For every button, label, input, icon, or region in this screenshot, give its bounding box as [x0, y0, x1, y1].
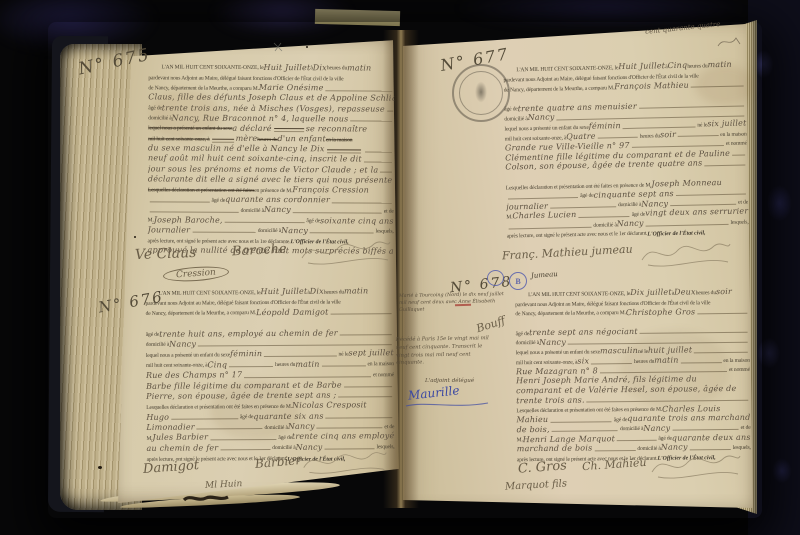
text-segment: Nancy: [264, 206, 291, 215]
text-segment: Deux: [674, 289, 696, 298]
birth-record-678: L'AN MIL HUIT CENT SOIXANTE-ONZE, le Dix…: [515, 287, 751, 464]
rule-fill: [732, 154, 745, 155]
text-segment: Nancy: [643, 425, 670, 434]
rule-fill: [552, 430, 618, 432]
officer-signature-flourish: [300, 447, 390, 477]
rule-fill: [171, 418, 238, 419]
death-margin-note: Décédé à Paris 15e le vingt mai mil neuf…: [396, 335, 497, 368]
birth-record-676: L'AN MIL HUIT CENT SOIXANTE-ONZE, le Hui…: [145, 285, 394, 463]
rule-fill: [331, 313, 392, 314]
rule-fill: [244, 376, 371, 378]
rule-fill: [220, 449, 270, 450]
birth-record-677: L'AN MIL HUIT CENT SOIXANTE-ONZE, le Hui…: [503, 59, 749, 240]
text-segment: soir: [660, 131, 676, 140]
rule-fill: [327, 147, 361, 153]
text-segment: matin: [344, 287, 368, 296]
rule-fill: [594, 450, 635, 451]
text-segment: Hugo: [146, 413, 169, 422]
rule-fill: [672, 429, 738, 431]
rule-fill: [591, 363, 632, 364]
rule-fill: [310, 232, 374, 233]
text-segment: six: [577, 358, 589, 367]
text-segment: Joseph Baroche,: [154, 216, 223, 225]
signature: Baroche: [232, 242, 287, 260]
rule-fill: [326, 90, 393, 91]
rule-fill: [317, 428, 383, 429]
text-segment: d'un enfant: [278, 135, 326, 144]
ink-speck: [98, 466, 102, 469]
text-segment: Marie Onésime: [259, 84, 324, 93]
text-segment: se reconnaître: [306, 125, 367, 134]
text-segment: Cinq: [207, 361, 227, 370]
rule-fill: [676, 194, 746, 196]
text-segment: Dix: [313, 64, 327, 72]
rule-fill: [322, 365, 366, 366]
rule-fill: [598, 137, 638, 139]
rule-fill: [640, 332, 748, 334]
official-title-note: L'adjoint délégué: [425, 377, 495, 385]
rule-fill: [380, 172, 392, 173]
text-segment: matin: [654, 357, 678, 366]
rule-fill: [508, 197, 578, 199]
rule-fill: [229, 366, 273, 367]
text-segment: sept juillet: [348, 349, 393, 358]
text-segment: Limonadier: [146, 424, 194, 433]
rule-fill: [670, 204, 736, 206]
rule-fill: [210, 439, 276, 440]
ink-speck: [306, 46, 308, 48]
text-segment: Huit Juillet: [260, 288, 307, 297]
rule-fill: [704, 164, 745, 166]
rule-fill: [192, 232, 256, 233]
rule-fill: [150, 211, 239, 212]
text-segment: Dix: [310, 288, 324, 296]
rule-fill: [340, 334, 392, 335]
text-segment: L'Officier de l'État civil,: [647, 231, 705, 238]
ink-speck: [134, 236, 136, 238]
rule-fill: [365, 151, 392, 152]
rule-fill: [617, 440, 656, 441]
rule-fill: [550, 421, 612, 423]
rule-fill: [225, 222, 305, 223]
text-segment: Mahieu: [516, 416, 548, 425]
rule-fill: [550, 206, 616, 208]
rule-fill: [264, 355, 336, 357]
rule-fill: [678, 135, 718, 137]
rule-fill: [332, 202, 392, 203]
rule-fill: [326, 417, 393, 418]
text-segment: matin: [347, 64, 371, 73]
rule-fill: [293, 212, 382, 213]
rule-fill: [344, 386, 392, 387]
officer-signature-flourish: [650, 450, 742, 482]
rule-fill: [197, 429, 263, 430]
rule-fill: [150, 201, 210, 202]
text-segment: mère: [236, 135, 258, 144]
rule-fill: [691, 86, 744, 88]
round-official-stamp: [452, 64, 510, 122]
officer-signature-flourish: [640, 238, 732, 270]
rule-fill: [694, 352, 748, 354]
birth-record-675: L'AN MIL HUIT CENT SOIXANTE-ONZE, le Hui…: [147, 61, 394, 256]
marriage-margin-note: Marié à Tourcoing (Nord) le dix neuf jui…: [399, 291, 507, 314]
text-segment: Nancy: [288, 423, 315, 432]
rule-fill: [364, 161, 392, 162]
rule-fill: [578, 216, 629, 218]
rule-fill: [697, 313, 747, 315]
rule-fill: [600, 371, 727, 373]
rule-fill: [274, 126, 304, 132]
text-segment: Nancy: [169, 340, 196, 349]
text-segment: soir: [716, 288, 732, 297]
scanned-register-page: N° 675 N° 676 N° 677 N° 678 L'AN MIL HUI…: [0, 0, 800, 535]
rule-fill: [387, 111, 393, 112]
text-segment: soixante cinq ans: [320, 217, 394, 226]
rule-fill: [681, 362, 722, 363]
text-segment: Nancy: [281, 227, 308, 236]
text-segment: Huit Juillet: [264, 64, 311, 73]
text-segment: féminin: [230, 350, 262, 359]
ink-blot-squiggle: [182, 492, 230, 504]
text-segment: Journalier: [148, 226, 191, 235]
pencil-x-mark: [272, 41, 284, 53]
text-segment: de bois,: [517, 426, 550, 435]
corner-paraph: [716, 34, 742, 50]
officer-signature-flourish: [300, 236, 392, 268]
rule-fill: [623, 126, 695, 129]
signature: Ml Huin: [205, 479, 243, 491]
rule-fill: [338, 396, 392, 397]
blue-stamp: [487, 270, 504, 286]
rule-fill: [198, 344, 392, 346]
blue-stamp-letter: B: [509, 272, 527, 290]
rule-fill: [350, 121, 392, 122]
rule-fill: [212, 136, 234, 142]
blue-signature-underline: [404, 400, 490, 410]
signature: Ve Claus: [135, 245, 197, 263]
text-segment: matin: [295, 360, 319, 369]
text-segment: Nancy: [539, 338, 566, 347]
text-segment: a déclaré: [232, 125, 271, 134]
